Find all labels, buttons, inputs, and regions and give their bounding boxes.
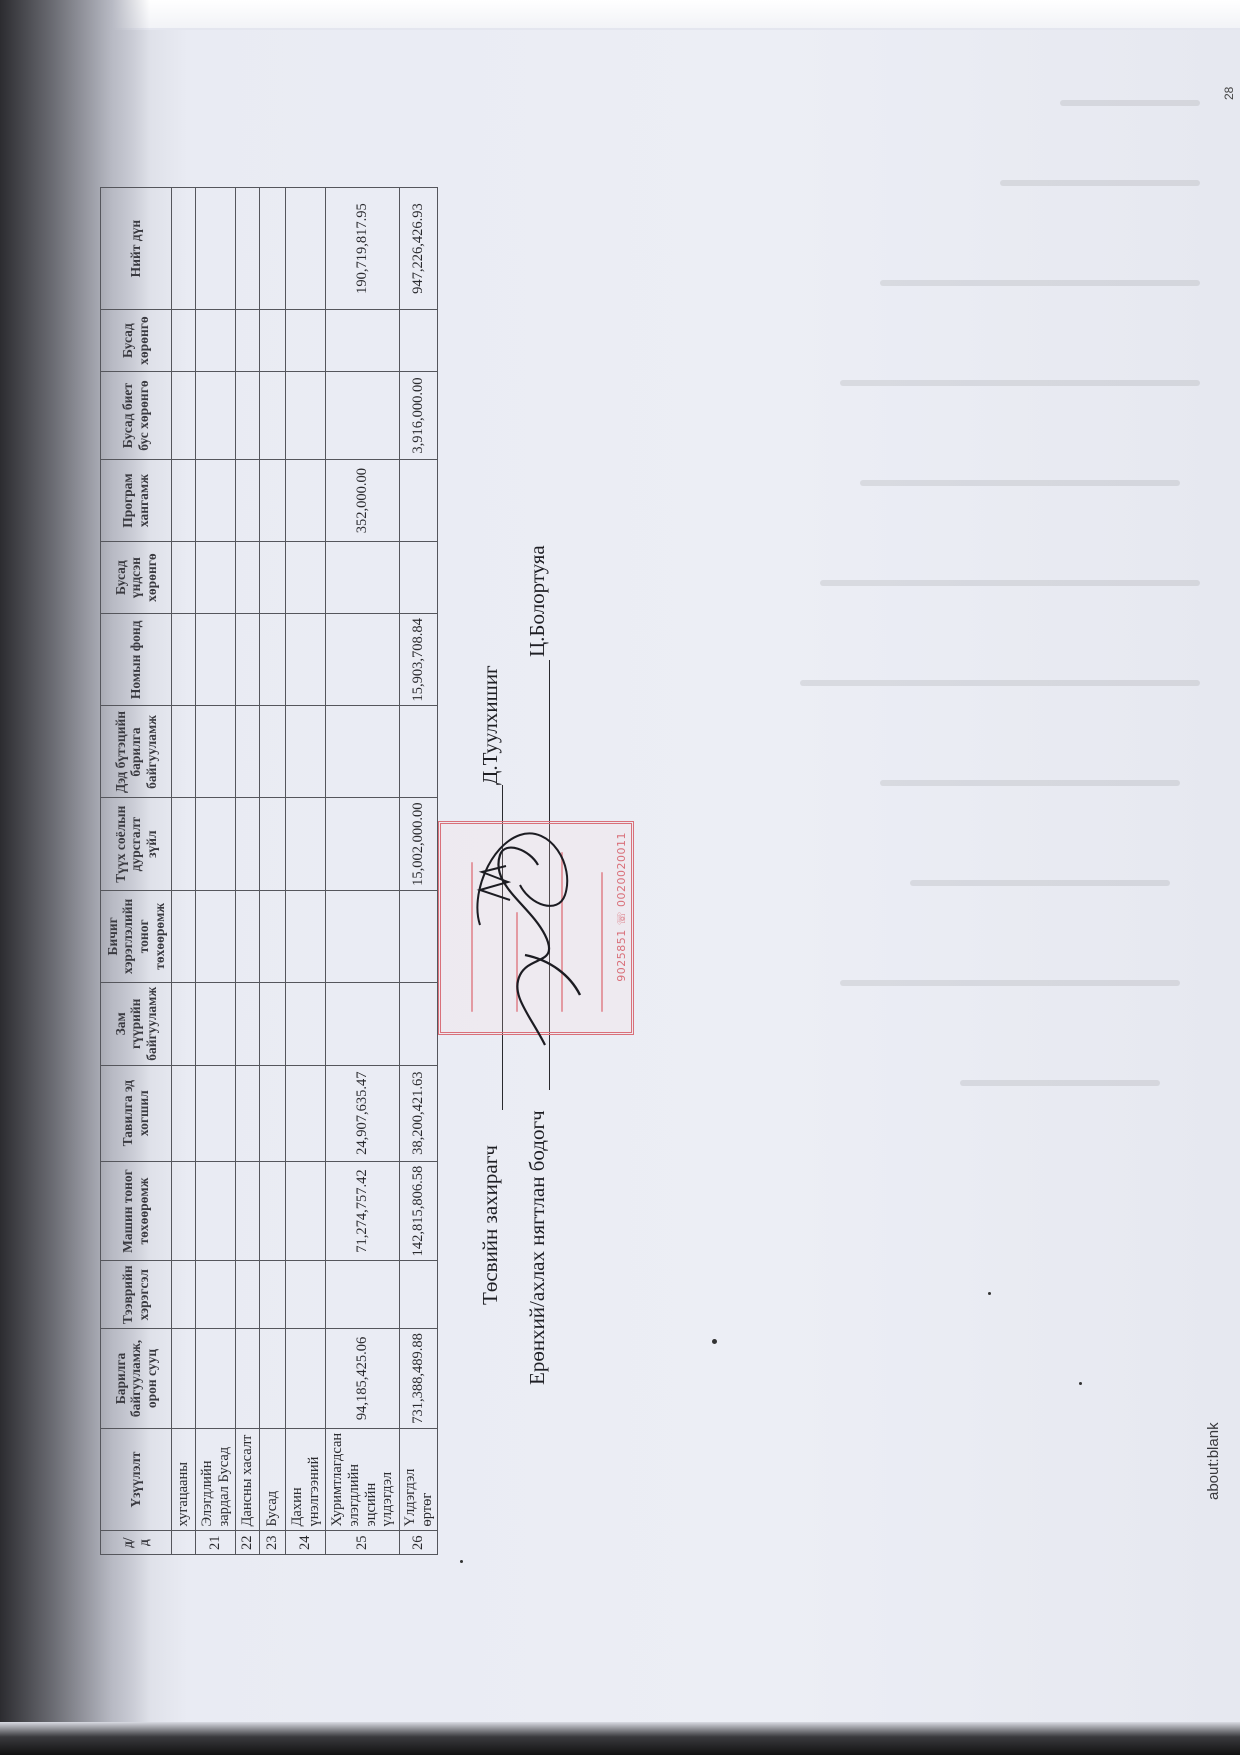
- value-cell: [400, 706, 438, 798]
- value-cell: [172, 614, 196, 706]
- value-cell: [236, 372, 260, 460]
- value-cell: [326, 706, 400, 798]
- value-cell: [260, 1261, 286, 1329]
- handwritten-signature-icon: [450, 795, 600, 1055]
- value-cell: [236, 706, 260, 798]
- browser-footer-url: about:blank: [1205, 1360, 1229, 1500]
- column-header: Барилга байгууламж, орон сууц: [101, 1329, 172, 1429]
- value-cell: [196, 188, 236, 310]
- value-cell: [196, 460, 236, 542]
- chief-accountant-title: Ерөнхий/ахлах нягтлан бодогч: [525, 1110, 550, 1385]
- row-label: Дахин үнэлгээний: [286, 1428, 326, 1531]
- value-cell: [236, 1329, 260, 1429]
- scan-speck: [988, 1292, 991, 1295]
- row-label: Хуримтлагдсан элэгдлийн эцсийн үлдэгдэл: [326, 1428, 400, 1531]
- value-cell: [286, 460, 326, 542]
- table-row: хугацааны: [172, 188, 196, 1555]
- column-header: д/д: [101, 1531, 172, 1555]
- value-cell: [196, 372, 236, 460]
- scan-speck: [712, 1339, 717, 1344]
- value-cell: [260, 1065, 286, 1161]
- row-label: Бусад: [260, 1428, 286, 1531]
- value-cell: [326, 890, 400, 982]
- scan-top-edge: [0, 0, 1240, 28]
- value-cell: [172, 188, 196, 310]
- value-cell: [326, 982, 400, 1065]
- column-header: Зам гүүрийн байгууламж: [101, 982, 172, 1065]
- row-label: Элэгдлийн зардал Бусад: [196, 1428, 236, 1531]
- value-cell: [196, 1065, 236, 1161]
- value-cell: [172, 372, 196, 460]
- column-header: Нийт дүн: [101, 188, 172, 310]
- value-cell: [236, 890, 260, 982]
- value-cell: [260, 798, 286, 890]
- row-index: 22: [236, 1531, 260, 1555]
- row-index: 25: [326, 1531, 400, 1555]
- value-cell: 3,916,000.00: [400, 372, 438, 460]
- value-cell: [400, 982, 438, 1065]
- column-header: Бичиг хэрэглэлийн тоног төхөөрөмж: [101, 890, 172, 982]
- value-cell: [196, 1261, 236, 1329]
- value-cell: [236, 798, 260, 890]
- page-number: 28: [1222, 60, 1238, 100]
- value-cell: [286, 982, 326, 1065]
- row-index: 21: [196, 1531, 236, 1555]
- value-cell: 24,907,635.47: [326, 1065, 400, 1161]
- value-cell: [172, 1329, 196, 1429]
- value-cell: [236, 614, 260, 706]
- value-cell: [286, 372, 326, 460]
- value-cell: [326, 372, 400, 460]
- value-cell: 94,185,425.06: [326, 1329, 400, 1429]
- value-cell: [236, 1261, 260, 1329]
- value-cell: [286, 798, 326, 890]
- column-header: Бусад хөрөнгө: [101, 310, 172, 372]
- value-cell: [236, 1065, 260, 1161]
- value-cell: 15,002,000.00: [400, 798, 438, 890]
- stamp-code: 9025851 ☏ 0020020011: [615, 832, 628, 982]
- value-cell: [236, 188, 260, 310]
- table-row: 22Дансны хасалт: [236, 188, 260, 1555]
- value-cell: [286, 1065, 326, 1161]
- column-header: Тавилга эд хогшил: [101, 1065, 172, 1161]
- value-cell: [326, 1261, 400, 1329]
- table-row: 26Үлдэгдэл өртөг731,388,489.88142,815,80…: [400, 188, 438, 1555]
- value-cell: [400, 1261, 438, 1329]
- value-cell: [286, 706, 326, 798]
- value-cell: [196, 706, 236, 798]
- value-cell: [172, 310, 196, 372]
- value-cell: [236, 310, 260, 372]
- value-cell: [286, 614, 326, 706]
- value-cell: [172, 460, 196, 542]
- row-index: [172, 1531, 196, 1555]
- table-row: 23Бусад: [260, 188, 286, 1555]
- column-header: Програм хангамж: [101, 460, 172, 542]
- value-cell: [400, 542, 438, 614]
- value-cell: 947,226,426.93: [400, 188, 438, 310]
- scan-speck: [460, 1560, 463, 1563]
- value-cell: [326, 310, 400, 372]
- row-index: 23: [260, 1531, 286, 1555]
- value-cell: [172, 542, 196, 614]
- value-cell: [400, 890, 438, 982]
- value-cell: [196, 982, 236, 1065]
- value-cell: [172, 1065, 196, 1161]
- value-cell: [286, 310, 326, 372]
- value-cell: [260, 614, 286, 706]
- value-cell: 352,000.00: [326, 460, 400, 542]
- row-index: 26: [400, 1531, 438, 1555]
- column-header: Бусад үндсэн хөрөнгө: [101, 542, 172, 614]
- value-cell: [172, 890, 196, 982]
- table-row: 21Элэгдлийн зардал Бусад: [196, 188, 236, 1555]
- value-cell: [260, 460, 286, 542]
- column-header: Тээврийн хэрэгсэл: [101, 1261, 172, 1329]
- value-cell: [172, 1161, 196, 1261]
- value-cell: [196, 1161, 236, 1261]
- value-cell: [286, 1329, 326, 1429]
- value-cell: [260, 1161, 286, 1261]
- value-cell: 142,815,806.58: [400, 1161, 438, 1261]
- value-cell: [326, 798, 400, 890]
- value-cell: [196, 542, 236, 614]
- value-cell: [286, 1161, 326, 1261]
- value-cell: [172, 982, 196, 1065]
- value-cell: [236, 542, 260, 614]
- value-cell: 15,903,708.84: [400, 614, 438, 706]
- value-cell: 38,200,421.63: [400, 1065, 438, 1161]
- value-cell: [400, 460, 438, 542]
- table-header-row: д/дҮзүүлэлтБарилга байгууламж, орон сууц…: [101, 188, 172, 1555]
- value-cell: [326, 614, 400, 706]
- row-label: Дансны хасалт: [236, 1428, 260, 1531]
- value-cell: 731,388,489.88: [400, 1329, 438, 1429]
- column-header: Машин тоног төхөөрөмж: [101, 1161, 172, 1261]
- value-cell: [260, 890, 286, 982]
- value-cell: [286, 1261, 326, 1329]
- chief-accountant-name: Ц.Болортуяа: [525, 545, 550, 657]
- value-cell: [260, 982, 286, 1065]
- row-label: Үлдэгдэл өртөг: [400, 1428, 438, 1531]
- value-cell: [260, 372, 286, 460]
- rotated-page-content: д/дҮзүүлэлтБарилга байгууламж, орон сууц…: [100, 45, 1100, 1555]
- value-cell: [196, 890, 236, 982]
- value-cell: [286, 890, 326, 982]
- value-cell: [260, 310, 286, 372]
- value-cell: [236, 460, 260, 542]
- value-cell: [260, 1329, 286, 1429]
- value-cell: [260, 188, 286, 310]
- column-header: Бусад биет бус хөрөнгө: [101, 372, 172, 460]
- table-row: 25Хуримтлагдсан элэгдлийн эцсийн үлдэгдэ…: [326, 188, 400, 1555]
- budget-manager-title: Төсвийн захирагч: [478, 1145, 503, 1305]
- asset-depreciation-table: д/дҮзүүлэлтБарилга байгууламж, орон сууц…: [100, 187, 438, 1555]
- value-cell: [196, 798, 236, 890]
- budget-manager-name: Д.Туулхишиг: [478, 665, 503, 785]
- value-cell: [260, 542, 286, 614]
- column-header: Дэд бүтэцийн барилга байгууламж: [101, 706, 172, 798]
- value-cell: [196, 614, 236, 706]
- value-cell: 190,719,817.95: [326, 188, 400, 310]
- value-cell: [286, 542, 326, 614]
- value-cell: [400, 310, 438, 372]
- value-cell: [236, 1161, 260, 1261]
- value-cell: [172, 706, 196, 798]
- value-cell: [172, 1261, 196, 1329]
- value-cell: [326, 542, 400, 614]
- value-cell: [286, 188, 326, 310]
- table-row: 24Дахин үнэлгээний: [286, 188, 326, 1555]
- column-header: Үзүүлэлт: [101, 1428, 172, 1531]
- value-cell: [172, 798, 196, 890]
- value-cell: [260, 706, 286, 798]
- value-cell: 71,274,757.42: [326, 1161, 400, 1261]
- row-index: 24: [286, 1531, 326, 1555]
- value-cell: [196, 310, 236, 372]
- value-cell: [196, 1329, 236, 1429]
- scan-speck: [1079, 1382, 1082, 1385]
- column-header: Номын фонд: [101, 614, 172, 706]
- value-cell: [236, 982, 260, 1065]
- scan-bottom-edge: [0, 1722, 1240, 1755]
- column-header: Түүх соёлын дурсгалт зүйл: [101, 798, 172, 890]
- row-label: хугацааны: [172, 1428, 196, 1531]
